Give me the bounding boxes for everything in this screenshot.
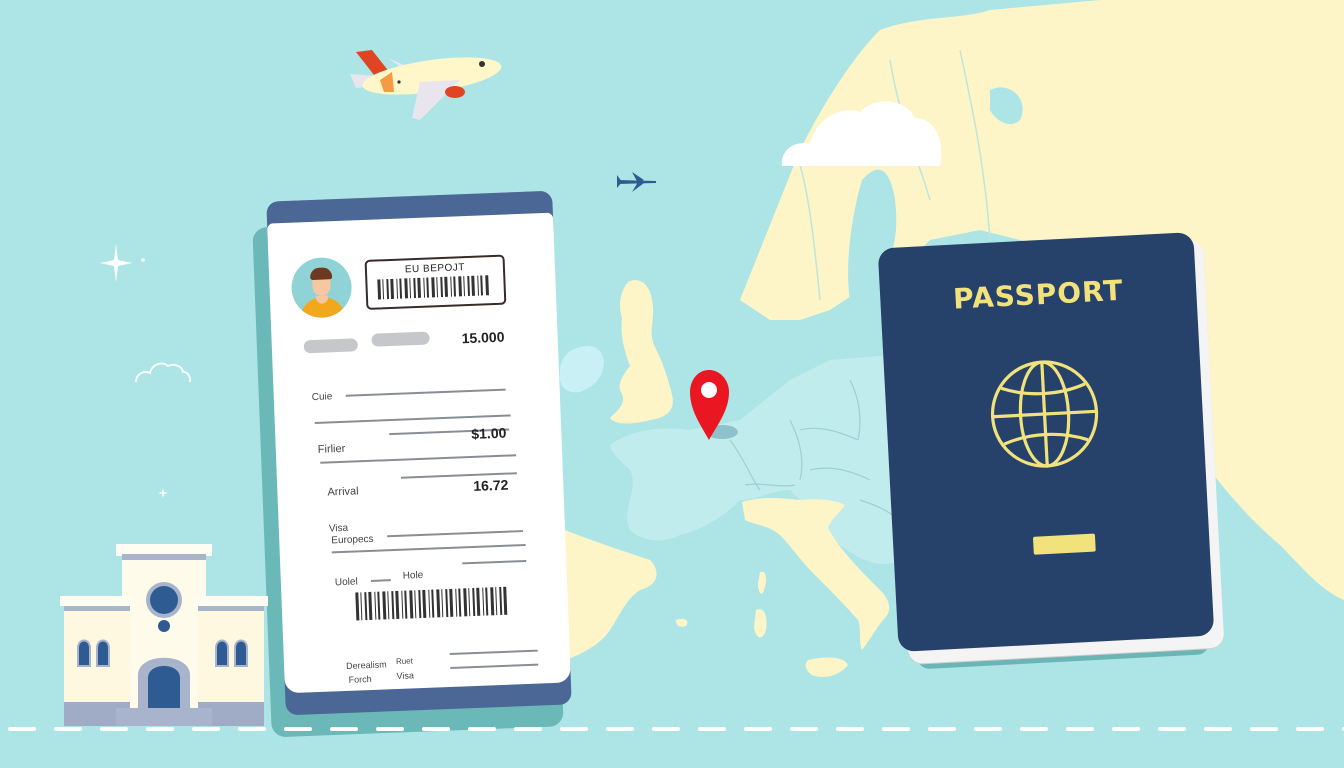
field-value: $1.00 bbox=[471, 425, 507, 442]
boarding-ticket[interactable]: EU BEPOJT 15.000 Cuie Firlier $1.00 Arri… bbox=[266, 191, 572, 716]
placeholder-pill bbox=[371, 332, 429, 347]
field-label: Europecs bbox=[331, 534, 374, 547]
ticket-amount: 15.000 bbox=[461, 329, 504, 347]
passport-cover[interactable]: PASSPORT bbox=[878, 232, 1215, 652]
globe-icon bbox=[986, 355, 1104, 473]
divider bbox=[450, 650, 538, 655]
id-barcode-box: EU BEPOJT bbox=[365, 255, 507, 310]
field-label: Firlier bbox=[318, 443, 346, 456]
ticket-body: EU BEPOJT 15.000 Cuie Firlier $1.00 Arri… bbox=[267, 213, 571, 694]
divider bbox=[320, 454, 516, 463]
field-label: Hole bbox=[403, 570, 424, 582]
field-label: Derealism bbox=[346, 659, 387, 671]
field-value: 16.72 bbox=[473, 477, 509, 494]
barcode-icon bbox=[355, 587, 510, 621]
field-label: Forch bbox=[348, 674, 371, 685]
field-label: Visa bbox=[329, 523, 349, 535]
divider bbox=[462, 560, 526, 564]
cloud-icon bbox=[782, 101, 941, 166]
passport-title: PASSPORT bbox=[880, 270, 1197, 319]
divider bbox=[371, 579, 391, 581]
field-label: Uolel bbox=[335, 576, 358, 588]
field-label: Cuie bbox=[312, 391, 333, 403]
field-label: Ruet bbox=[396, 656, 413, 666]
passport-chip-bar bbox=[1033, 534, 1096, 555]
cloud-outline-icon bbox=[136, 364, 190, 382]
location-pin-icon[interactable] bbox=[690, 370, 738, 440]
dashed-route-line bbox=[0, 727, 1344, 731]
divider bbox=[387, 530, 523, 537]
divider bbox=[315, 414, 511, 423]
building-icon bbox=[56, 540, 270, 730]
field-label: Arrival bbox=[327, 485, 359, 498]
placeholder-pill bbox=[304, 338, 358, 353]
divider bbox=[450, 664, 538, 669]
avatar bbox=[290, 256, 352, 318]
airplane-icon bbox=[350, 50, 504, 120]
barcode-icon bbox=[377, 275, 491, 299]
small-airplane-icon bbox=[617, 172, 656, 192]
field-label: Visa bbox=[396, 670, 414, 681]
divider bbox=[332, 544, 526, 553]
divider bbox=[346, 389, 506, 397]
sparkle-icon bbox=[100, 244, 168, 498]
